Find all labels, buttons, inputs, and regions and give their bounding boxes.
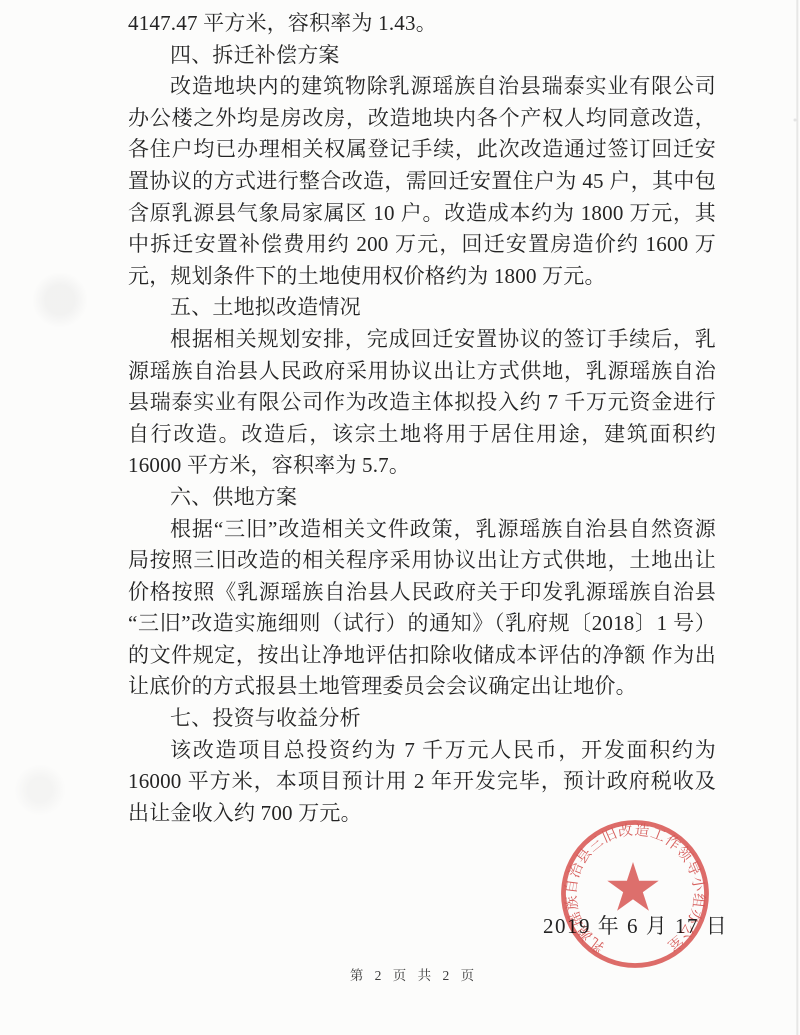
official-seal: 乳源瑶族自治县三旧改造工作领导小组办公室 — [552, 812, 718, 978]
section-heading-land-supply-plan: 六、供地方案 — [128, 482, 716, 514]
page-number: 第 2 页 共 2 页 — [0, 964, 800, 984]
document-body: 4147.47 平方米，容积率为 1.43。 四、拆迁补偿方案 改造地块内的建筑… — [128, 8, 716, 829]
section-heading-investment-return-analysis: 七、投资与收益分析 — [128, 703, 716, 735]
section-paragraph-investment-return-analysis: 该改造项目总投资约为 7 千万元人民币，开发面积约为 16000 平方米，本项目… — [128, 735, 716, 830]
red-star-icon — [607, 862, 658, 911]
paragraph-continuation: 4147.47 平方米，容积率为 1.43。 — [128, 8, 716, 40]
official-seal-graphic: 乳源瑶族自治县三旧改造工作领导小组办公室 — [552, 812, 718, 978]
section-paragraph-land-renovation-status: 根据相关规划安排，完成回迁安置协议的签订手续后，乳源瑶族自治县人民政府采用协议出… — [128, 324, 716, 482]
section-paragraph-land-supply-plan: 根据“三旧”改造相关文件政策，乳源瑶族自治县自然资源局按照三旧改造的相关程序采用… — [128, 514, 716, 704]
section-paragraph-demolition-compensation: 改造地块内的建筑物除乳源瑶族自治县瑞泰实业有限公司办公楼之外均是房改房，改造地块… — [128, 71, 716, 292]
seal-ring — [564, 823, 707, 966]
document-page: 4147.47 平方米，容积率为 1.43。 四、拆迁补偿方案 改造地块内的建筑… — [0, 0, 800, 1035]
section-heading-land-renovation-status: 五、土地拟改造情况 — [128, 292, 716, 324]
document-date: 2019 年 6 月 17 日 — [543, 910, 728, 940]
section-heading-demolition-compensation: 四、拆迁补偿方案 — [128, 40, 716, 72]
